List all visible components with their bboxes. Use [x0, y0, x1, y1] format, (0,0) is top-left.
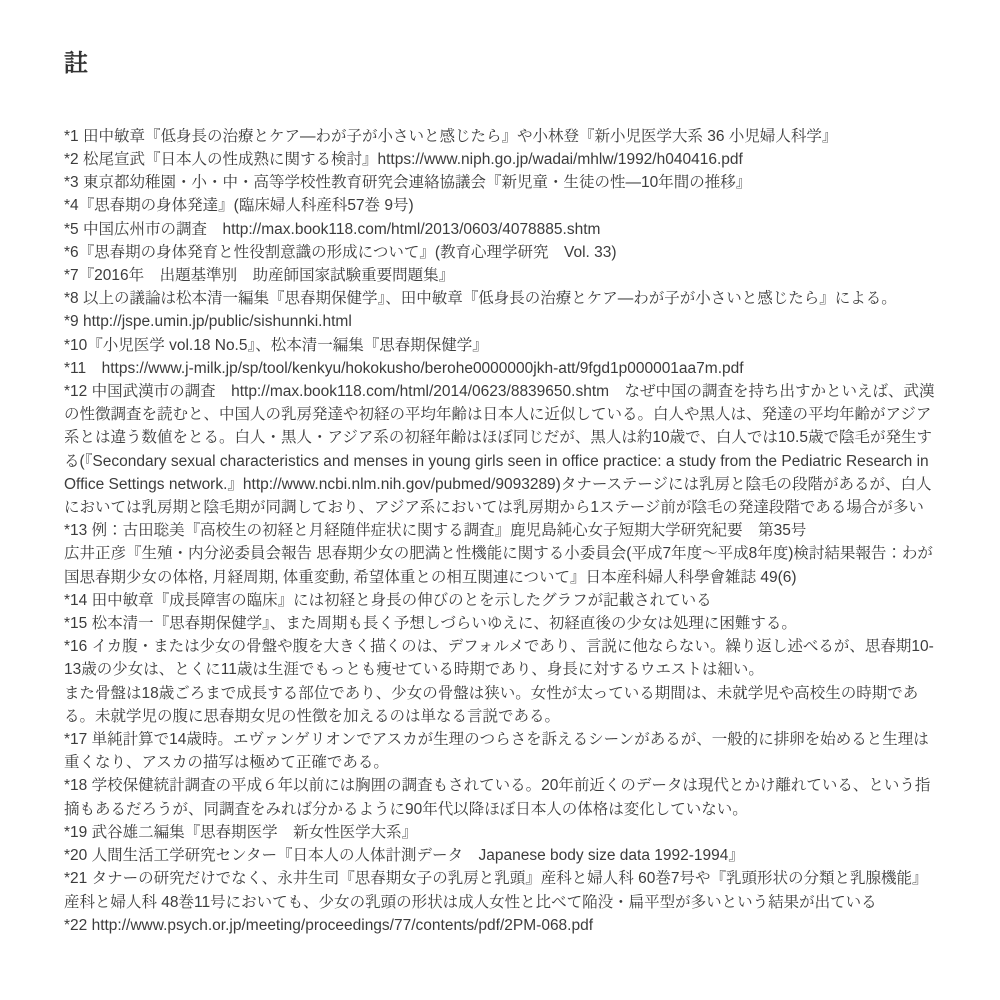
- note-item-1: *1 田中敏章『低身長の治療とケア―わが子が小さいと感じたら』や小林登『新小児医…: [64, 125, 938, 148]
- note-item-6: *6『思春期の身体発育と性役割意識の形成について』(教育心理学研究 Vol. 3…: [64, 241, 938, 264]
- note-item-10: *10『小児医学 vol.18 No.5』、松本清一編集『思春期保健学』: [64, 334, 938, 357]
- note-item-17: *17 単純計算で14歳時。エヴァンゲリオンでアスカが生理のつらさを訴えるシーン…: [64, 728, 938, 774]
- note-item-8: *8 以上の議論は松本清一編集『思春期保健学』、田中敏章『低身長の治療とケア―わ…: [64, 287, 938, 310]
- note-item-14: *14 田中敏章『成長障害の臨床』には初経と身長の伸びのとを示したグラフが記載さ…: [64, 589, 938, 612]
- note-item-16: *16 イカ腹・または少女の骨盤や腹を大きく描くのは、デフォルメであり、言説に他…: [64, 635, 938, 728]
- note-item-20: *20 人間生活工学研究センター『日本人の人体計測データ Japanese bo…: [64, 844, 938, 867]
- page-title: 註: [64, 50, 938, 79]
- notes-list: *1 田中敏章『低身長の治療とケア―わが子が小さいと感じたら』や小林登『新小児医…: [64, 125, 938, 937]
- note-item-11: *11 https://www.j-milk.jp/sp/tool/kenkyu…: [64, 357, 938, 380]
- note-item-22: *22 http://www.psych.or.jp/meeting/proce…: [64, 914, 938, 937]
- note-item-19: *19 武谷雄二編集『思春期医学 新女性医学大系』: [64, 821, 938, 844]
- note-item-7: *7『2016年 出題基準別 助産師国家試験重要問題集』: [64, 264, 938, 287]
- note-item-15: *15 松本清一『思春期保健学』、また周期も長く予想しづらいゆえに、初経直後の少…: [64, 612, 938, 635]
- note-item-2: *2 松尾宣武『日本人の性成熟に関する検討』https://www.niph.g…: [64, 148, 938, 171]
- note-item-9: *9 http://jspe.umin.jp/public/sishunnki.…: [64, 310, 938, 333]
- note-item-12: *12 中国武漢市の調査 http://max.book118.com/html…: [64, 380, 938, 519]
- note-item-18: *18 学校保健統計調査の平成６年以前には胸囲の調査もされている。20年前近くの…: [64, 774, 938, 820]
- note-item-5: *5 中国広州市の調査 http://max.book118.com/html/…: [64, 218, 938, 241]
- notes-page: 註 *1 田中敏章『低身長の治療とケア―わが子が小さいと感じたら』や小林登『新小…: [0, 0, 1000, 1000]
- note-item-13: *13 例：古田聡美『高校生の初経と月経随伴症状に関する調査』鹿児島純心女子短期…: [64, 519, 938, 589]
- note-item-21: *21 タナーの研究だけでなく、永井生司『思春期女子の乳房と乳頭』産科と婦人科 …: [64, 867, 938, 913]
- note-item-4: *4『思春期の身体発達』(臨床婦人科産科57巻 9号): [64, 194, 938, 217]
- note-item-3: *3 東京都幼稚園・小・中・高等学校性教育研究会連絡協議会『新児童・生徒の性―1…: [64, 171, 938, 194]
